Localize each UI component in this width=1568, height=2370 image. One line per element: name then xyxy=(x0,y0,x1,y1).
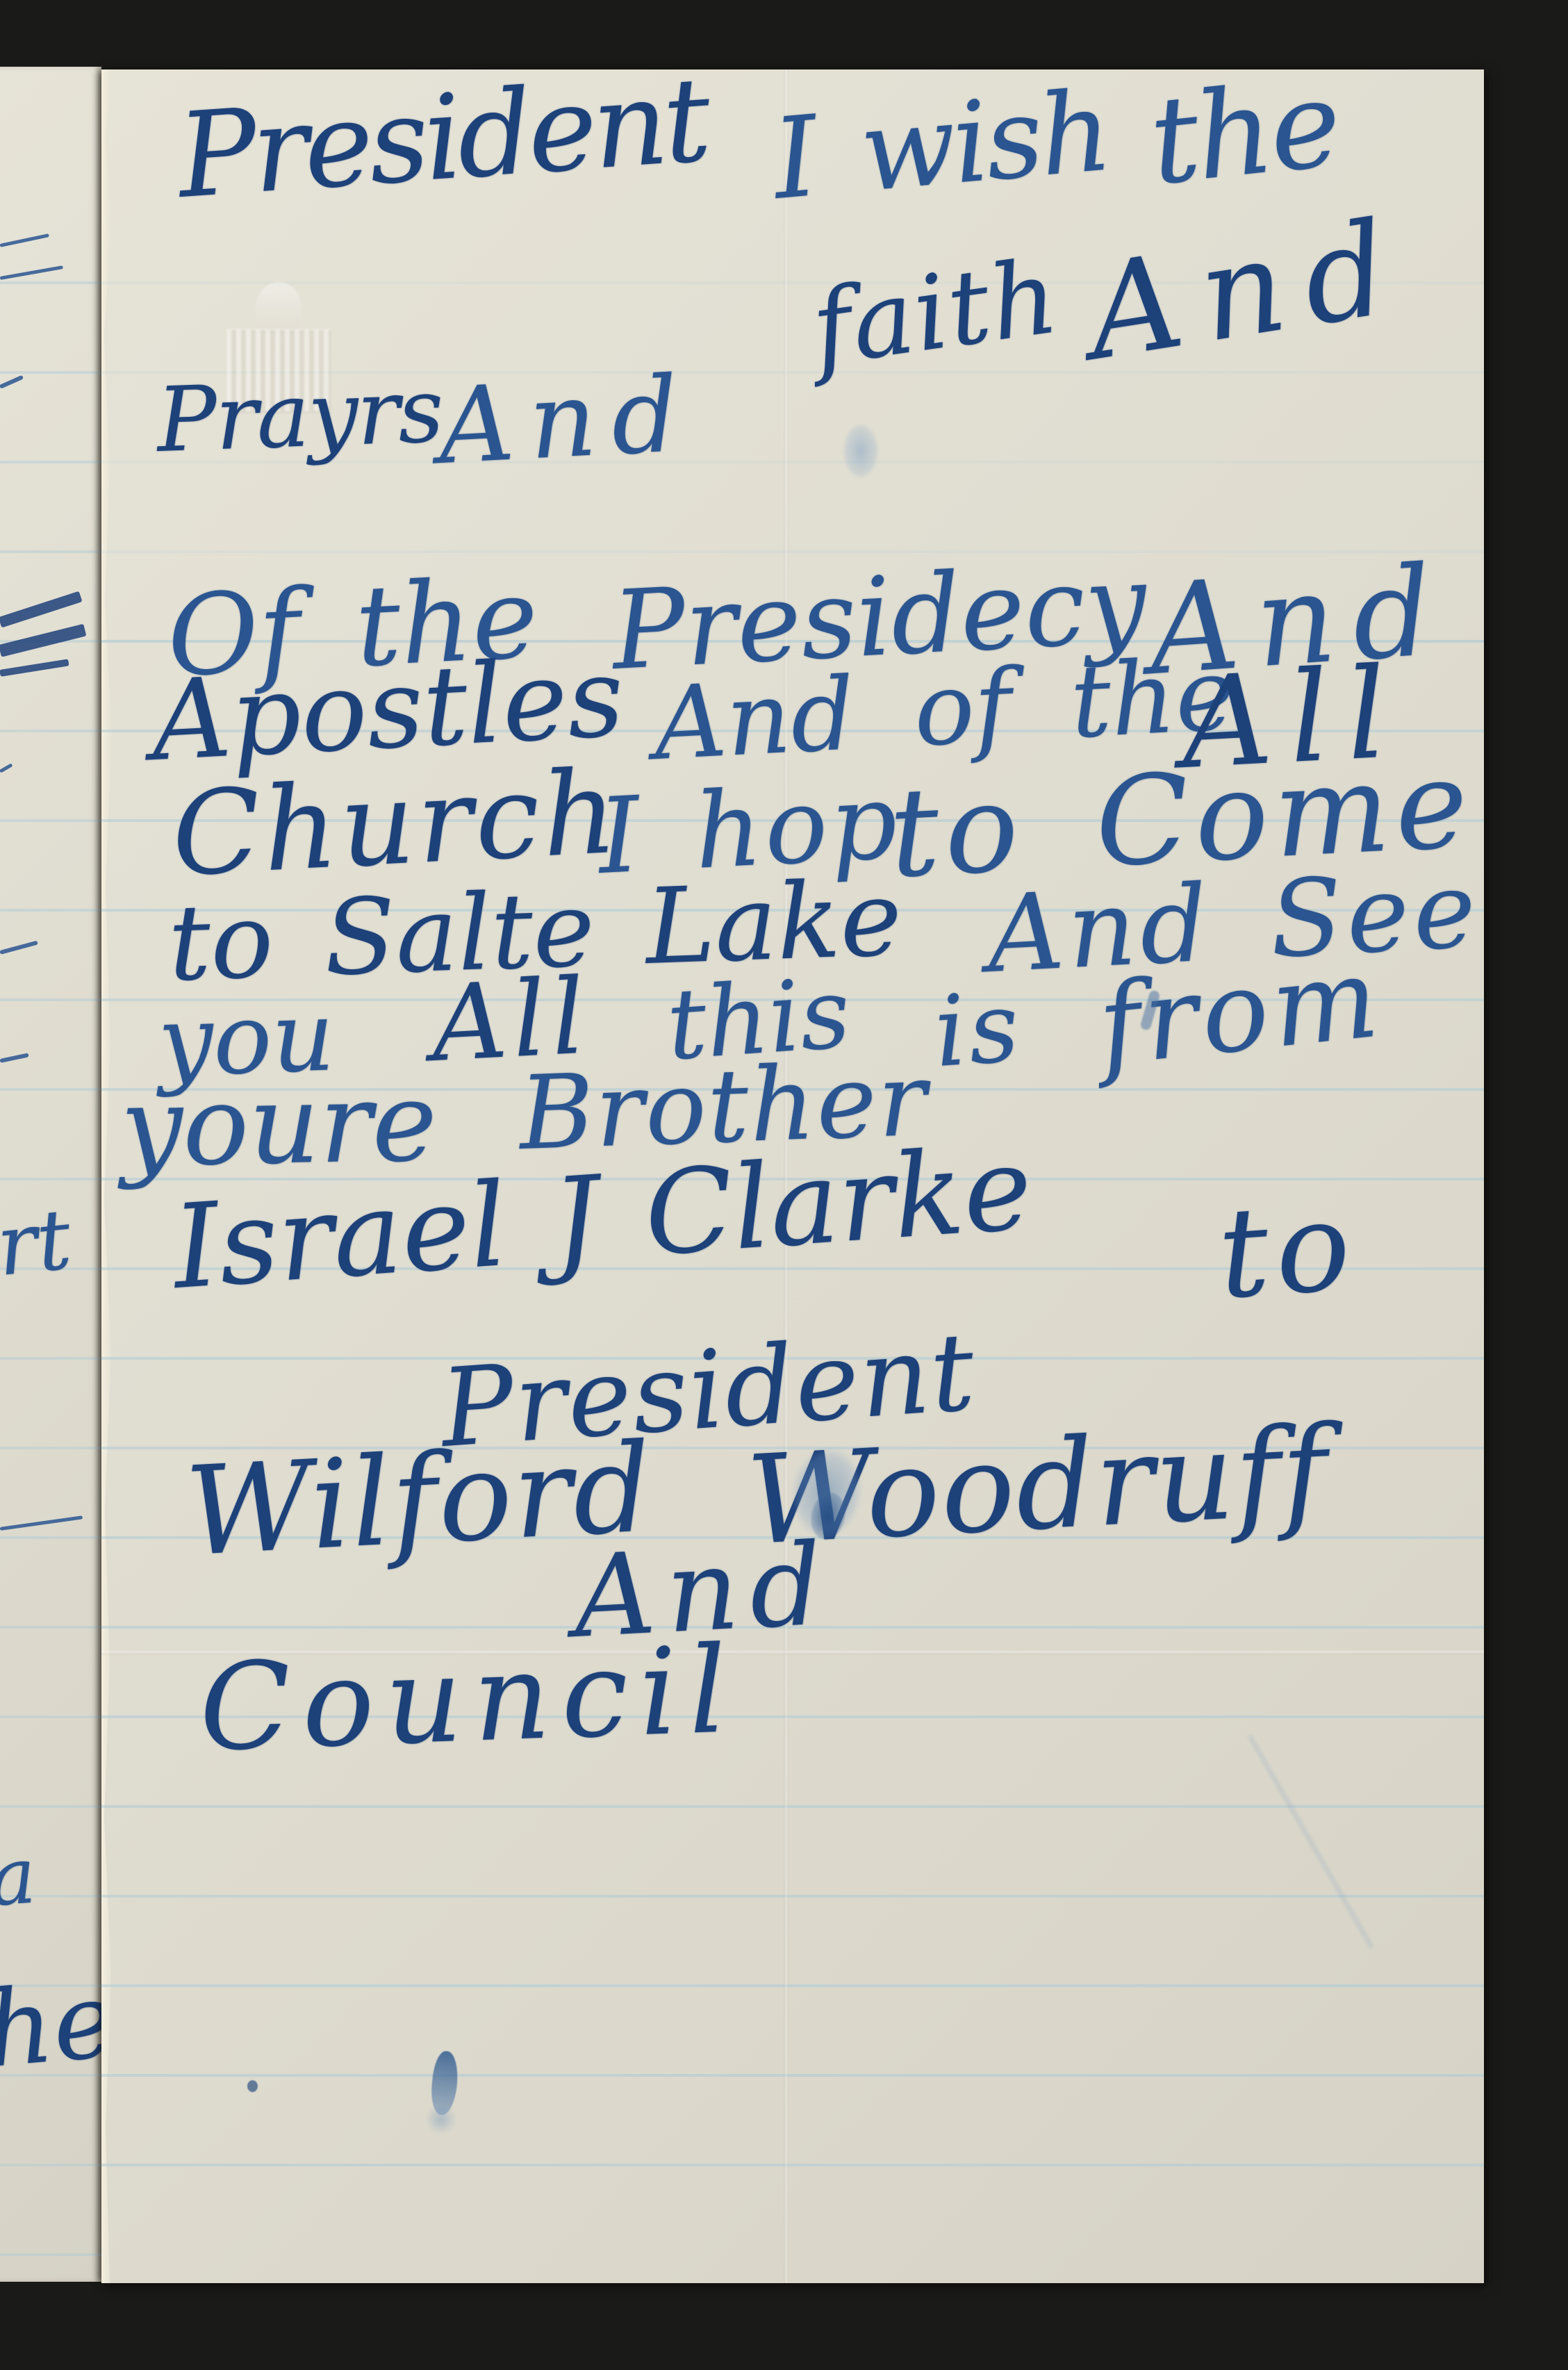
handwriting-word: youre xyxy=(120,1073,438,1177)
handwriting-word: faith xyxy=(807,250,1064,376)
handwriting-word: from xyxy=(1094,947,1387,1076)
facing-page-sliver: rt a he xyxy=(0,67,101,2282)
crest-dome xyxy=(256,282,302,334)
handwriting-word: Council xyxy=(198,1636,740,1763)
handwriting-word: President xyxy=(174,67,709,209)
edge-fragment-text: a xyxy=(0,1841,38,1914)
edge-fragment-text: rt xyxy=(0,1203,74,1285)
handwriting-word: And xyxy=(436,368,696,475)
scanned-letter-image: rt a he President I wish the Prayrs And … xyxy=(0,0,1568,2370)
ink-blot-wash xyxy=(425,2104,457,2134)
edge-ink-stroke xyxy=(0,233,49,247)
handwriting-word: is xyxy=(932,984,1024,1077)
handwriting-word: the xyxy=(1146,70,1343,197)
handwriting-word: Church xyxy=(170,760,622,887)
handwriting-word: I wish xyxy=(769,81,1112,210)
ink-smudge xyxy=(844,425,877,477)
handwriting-word: to xyxy=(1215,1190,1360,1311)
handwriting-word: Prayrs xyxy=(156,371,444,461)
ink-dot xyxy=(247,2080,258,2092)
edge-ink-stroke xyxy=(0,265,63,280)
